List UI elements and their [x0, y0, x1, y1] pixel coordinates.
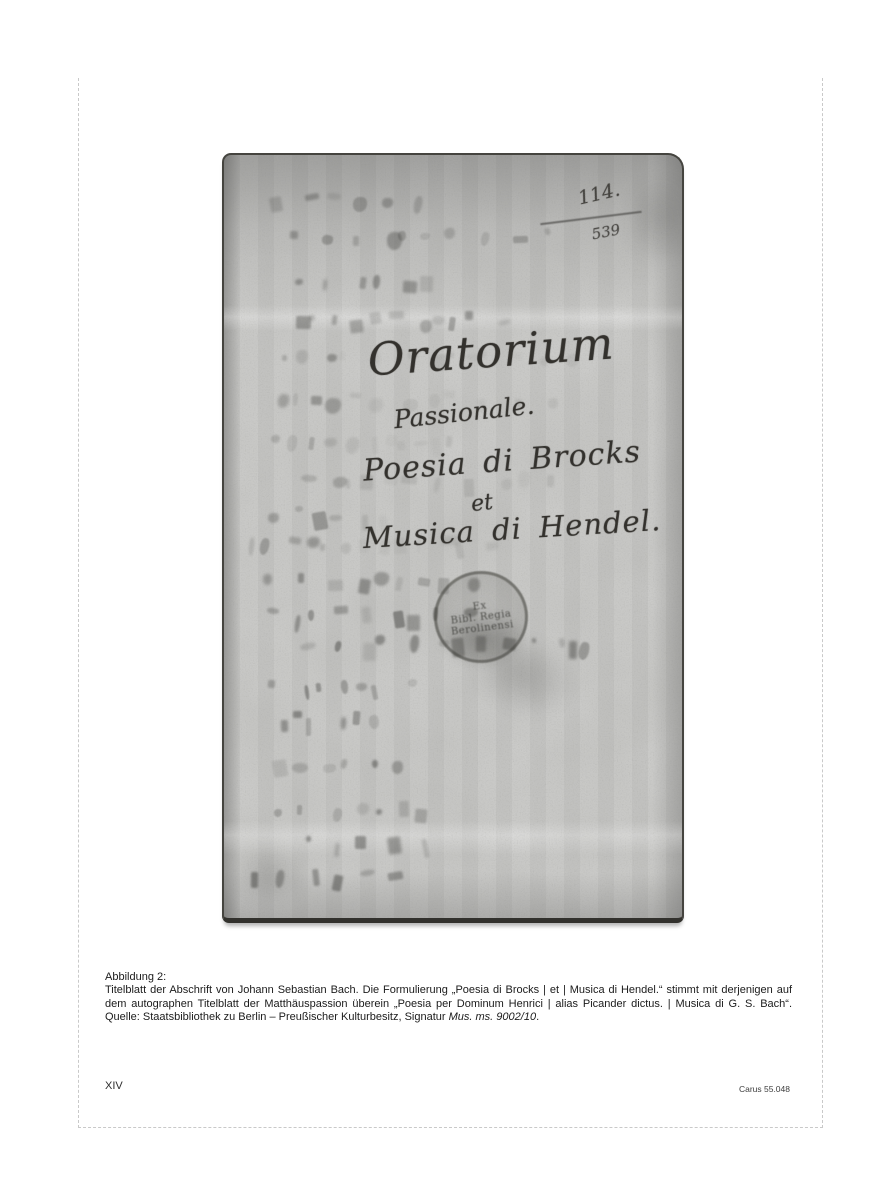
ink-bleed-mark: [513, 236, 528, 244]
ink-bleed-mark: [306, 536, 319, 547]
ink-bleed-mark: [259, 537, 271, 555]
ink-bleed-mark: [385, 434, 397, 446]
ink-bleed-mark: [369, 311, 382, 325]
manuscript-title-line-2: Passionale.: [373, 389, 555, 437]
ink-bleed-mark: [569, 641, 577, 659]
catalog-number: Carus 55.048: [739, 1084, 790, 1094]
ink-bleed-mark: [327, 354, 337, 363]
library-stamp: Ex Bibl. Regia Berolinensi: [429, 566, 534, 669]
ink-bleed-mark: [324, 438, 337, 447]
ink-bleed-mark: [290, 231, 298, 239]
ink-bleed-mark: [332, 808, 342, 823]
ink-bleed-mark: [446, 435, 453, 447]
ink-bleed-mark: [372, 437, 379, 454]
ink-bleed-mark: [269, 196, 283, 213]
ink-bleed-mark: [409, 635, 419, 653]
ink-bleed-mark: [414, 808, 428, 823]
caption-body: Titelblatt der Abschrift von Johann Seba…: [105, 984, 792, 1024]
ink-bleed-mark: [340, 759, 347, 770]
ink-bleed-mark: [334, 641, 342, 653]
ink-bleed-mark: [325, 397, 342, 415]
ink-bleed-mark: [295, 316, 310, 329]
ink-bleed-mark: [289, 536, 302, 545]
ink-bleed-mark: [282, 355, 288, 361]
ink-bleed-mark: [340, 680, 349, 694]
ink-bleed-mark: [417, 577, 430, 587]
ink-bleed-mark: [346, 479, 351, 489]
ink-bleed-mark: [578, 641, 591, 660]
ink-bleed-mark: [296, 349, 308, 364]
page-number: XIV: [105, 1080, 123, 1092]
ink-bleed-mark: [320, 544, 326, 552]
ink-bleed-mark: [359, 276, 367, 289]
ink-bleed-mark: [298, 573, 304, 584]
ink-bleed-mark: [414, 440, 428, 446]
ink-bleed-mark: [373, 275, 381, 289]
ink-bleed-mark: [353, 236, 360, 246]
ink-bleed-mark: [370, 685, 377, 701]
ink-bleed-mark: [420, 276, 434, 292]
ink-bleed-mark: [393, 610, 405, 628]
caption-text-tail: .: [536, 1011, 539, 1023]
ink-bleed-mark: [544, 227, 550, 234]
ink-bleed-mark: [323, 279, 328, 291]
ink-bleed-mark: [421, 838, 429, 857]
ink-bleed-mark: [299, 641, 316, 651]
ink-bleed-mark: [281, 720, 288, 732]
ink-bleed-mark: [375, 635, 385, 645]
ink-bleed-mark: [340, 542, 352, 555]
ink-bleed-mark: [479, 231, 490, 247]
ink-bleed-mark: [399, 801, 409, 817]
ink-bleed-mark: [382, 197, 394, 208]
ink-bleed-mark: [391, 760, 403, 774]
ink-bleed-mark: [358, 578, 371, 594]
ink-bleed-mark: [387, 836, 403, 855]
ink-bleed-mark: [532, 638, 537, 644]
ink-bleed-mark: [308, 610, 314, 621]
ink-bleed-mark: [359, 869, 374, 877]
ink-bleed-mark: [326, 192, 341, 200]
ink-bleed-mark: [368, 714, 381, 730]
ink-bleed-mark: [268, 513, 279, 523]
ink-bleed-mark: [312, 869, 319, 886]
ink-smudge: [230, 845, 310, 905]
ink-bleed-mark: [263, 574, 273, 586]
ink-bleed-mark: [361, 607, 371, 624]
figure-caption: Abbildung 2: Titelblatt der Abschrift vo…: [105, 971, 792, 1025]
ink-bleed-mark: [248, 537, 254, 556]
caption-label: Abbildung 2:: [105, 971, 792, 984]
ink-bleed-mark: [251, 872, 258, 888]
ink-bleed-mark: [558, 638, 566, 649]
manuscript-title-line-3: Poesia di Brocks: [351, 434, 653, 490]
ink-bleed-mark: [353, 711, 361, 725]
ink-bleed-mark: [396, 441, 404, 451]
ink-bleed-mark: [419, 233, 429, 240]
ink-bleed-mark: [267, 607, 280, 615]
ink-bleed-mark: [412, 195, 423, 214]
ink-bleed-mark: [465, 311, 473, 320]
ink-bleed-mark: [295, 279, 303, 285]
ink-bleed-mark: [397, 231, 406, 242]
ink-bleed-mark: [293, 711, 302, 718]
ink-bleed-mark: [388, 871, 404, 882]
ink-bleed-mark: [309, 315, 316, 322]
ink-bleed-mark: [271, 759, 288, 778]
ink-bleed-mark: [332, 477, 347, 489]
manuscript-foliation-number: 114.: [562, 175, 635, 212]
ink-bleed-mark: [356, 802, 369, 816]
ink-bleed-mark: [286, 434, 298, 452]
manuscript-photo: 114. 539 Oratorium Passionale. Poesia di…: [222, 153, 684, 923]
ink-bleed-mark: [355, 683, 366, 691]
ink-bleed-mark: [407, 615, 420, 631]
ink-bleed-mark: [294, 614, 302, 633]
ink-bleed-mark: [308, 437, 315, 450]
ink-bleed-mark: [296, 805, 301, 815]
ink-bleed-mark: [292, 762, 308, 773]
ink-bleed-mark: [339, 350, 345, 361]
manuscript-shelf-number: 539: [575, 217, 637, 246]
ink-bleed-mark: [376, 809, 383, 815]
ink-bleed-mark: [352, 196, 367, 212]
ink-bleed-mark: [444, 227, 456, 239]
ink-bleed-mark: [443, 390, 455, 398]
ink-bleed-mark: [316, 683, 322, 692]
ink-bleed-mark: [311, 511, 328, 532]
ink-bleed-mark: [306, 836, 312, 842]
ink-bleed-mark: [355, 836, 366, 849]
ink-bleed-mark: [322, 234, 335, 245]
ink-bleed-mark: [344, 436, 359, 455]
ink-bleed-mark: [329, 515, 342, 521]
ink-bleed-mark: [323, 763, 336, 772]
ink-bleed-mark: [328, 580, 344, 592]
caption-signature: Mus. ms. 9002/10: [449, 1011, 536, 1023]
ink-bleed-mark: [331, 314, 337, 325]
ink-bleed-mark: [350, 393, 362, 399]
ink-bleed-mark: [395, 577, 404, 592]
ink-bleed-mark: [341, 717, 346, 730]
ink-bleed-mark: [333, 605, 348, 614]
ink-bleed-mark: [372, 760, 379, 769]
ink-bleed-mark: [408, 679, 417, 687]
ink-bleed-mark: [403, 281, 418, 293]
ink-bleed-mark: [274, 809, 282, 817]
ink-bleed-mark: [349, 319, 363, 334]
ink-bleed-mark: [294, 506, 303, 513]
ink-bleed-mark: [388, 311, 403, 320]
ink-bleed-mark: [432, 315, 446, 325]
ink-bleed-mark: [363, 642, 377, 661]
ink-bleed-mark: [303, 685, 310, 701]
ink-bleed-mark: [275, 870, 285, 888]
ink-bleed-mark: [373, 571, 390, 587]
ink-bleed-mark: [268, 680, 276, 689]
ink-bleed-mark: [547, 475, 555, 487]
ink-bleed-mark: [301, 474, 317, 483]
ink-bleed-mark: [386, 232, 402, 251]
ink-bleed-mark: [334, 842, 340, 857]
ink-bleed-mark: [270, 435, 280, 444]
manuscript-title-line-1: Oratorium: [359, 316, 622, 387]
ink-bleed-mark: [293, 393, 299, 406]
ink-bleed-mark: [332, 874, 344, 892]
ink-bleed-mark: [277, 393, 291, 409]
ink-bleed-mark: [306, 718, 311, 736]
ink-bleed-mark: [310, 396, 322, 405]
ink-bleed-mark: [304, 192, 319, 200]
